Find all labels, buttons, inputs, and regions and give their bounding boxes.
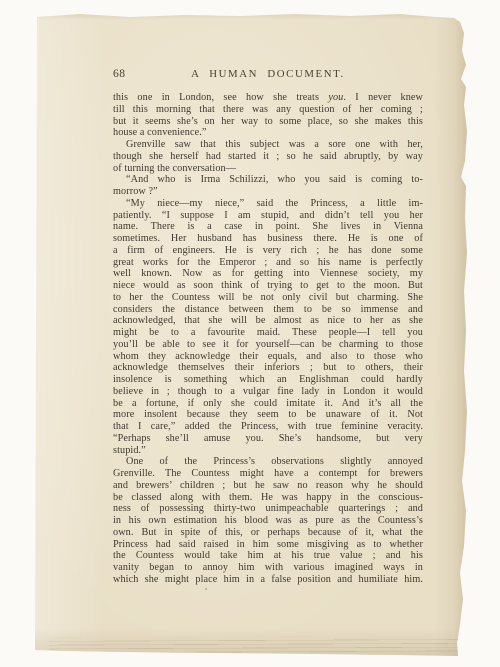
paper-speck xyxy=(335,141,337,143)
text-line: that I care,” added the Princess, with t… xyxy=(113,421,423,433)
text-line: Princess had said raised in him some mis… xyxy=(113,539,423,551)
text-line: One of the Princess’s observations sligh… xyxy=(113,456,423,468)
paper-speck xyxy=(205,588,207,590)
text-line: acknowledge themselves their inferiors ;… xyxy=(113,362,423,374)
text-line: believe in ; though to a vulgar fine lad… xyxy=(113,386,423,398)
text-line: well known. Now as for getting into Vien… xyxy=(113,268,423,280)
text-line: though she herself had started it ; so h… xyxy=(113,151,423,163)
text-line: “My niece—my niece,” said the Princess, … xyxy=(113,198,423,210)
text-line: might be to a favourite maid. These peop… xyxy=(113,327,423,339)
text-line: stupid.” xyxy=(113,445,423,457)
text-line: morrow ?” xyxy=(113,186,423,198)
page-number: 68 xyxy=(113,68,126,80)
text-line: own. But in spite of this, or perhaps be… xyxy=(113,527,423,539)
stacked-page-edges xyxy=(49,636,458,654)
text-line: name. There is a case in point. She live… xyxy=(113,221,423,233)
text-line: which she might place him in a false pos… xyxy=(113,574,423,586)
text-line: niece would as soon think of trying to g… xyxy=(113,280,423,292)
text-line: “And who is Irma Schilizzi, who you said… xyxy=(113,174,423,186)
text-line: in his own estimation his blood was as p… xyxy=(113,515,423,527)
page-header: 68 A HUMAN DOCUMENT. xyxy=(113,68,423,82)
text-line: be a fortune, if only she could imitate … xyxy=(113,398,423,410)
text-line: till this morning that there was any que… xyxy=(113,104,423,116)
scan-background: 68 A HUMAN DOCUMENT. this one in London,… xyxy=(0,0,500,667)
text-line: great works for the Emperor ; and so his… xyxy=(113,257,423,269)
text-line: considers the distance between them to b… xyxy=(113,304,423,316)
text-line: house a convenience.” xyxy=(113,127,423,139)
text-line: a firm of engineers. He is very rich ; h… xyxy=(113,245,423,257)
text-line: ness of possessing thirty-two unimpeacha… xyxy=(113,503,423,515)
text-line: the Countess would take him at his true … xyxy=(113,550,423,562)
text-line: acknowledged, that she will be almost as… xyxy=(113,315,423,327)
text-line: “Perhaps she’ll amuse you. She’s handsom… xyxy=(113,433,423,445)
text-line: but it seems she’s on her way to some pl… xyxy=(113,116,423,128)
text-line: be classed along with them. He was happy… xyxy=(113,492,423,504)
text-line: Grenville. The Countess might have a con… xyxy=(113,468,423,480)
text-line: vanity began to annoy him with various i… xyxy=(113,562,423,574)
text-line: of turning the conversation— xyxy=(113,163,423,175)
text-line: and brewers’ children ; but he saw no re… xyxy=(113,480,423,492)
text-line: insolence is something which an Englishm… xyxy=(113,374,423,386)
text-line: this one in London, see how she treats y… xyxy=(113,92,423,104)
text-line: more insolent because they seem to be un… xyxy=(113,409,423,421)
text-line: sometimes. Her husband has business ther… xyxy=(113,233,423,245)
text-line: to her the Countess will be not only civ… xyxy=(113,292,423,304)
text-line: patiently. “I suppose I am stupid, and d… xyxy=(113,210,423,222)
text-line: Grenville saw that this subject was a so… xyxy=(113,139,423,151)
page-body: this one in London, see how she treats y… xyxy=(113,92,423,586)
text-line: you’ll be able to see it for yourself—ca… xyxy=(113,339,423,351)
book-page: 68 A HUMAN DOCUMENT. this one in London,… xyxy=(35,13,468,657)
running-title: A HUMAN DOCUMENT. xyxy=(113,68,423,80)
text-line: whom they acknowledge their equals, and … xyxy=(113,351,423,363)
